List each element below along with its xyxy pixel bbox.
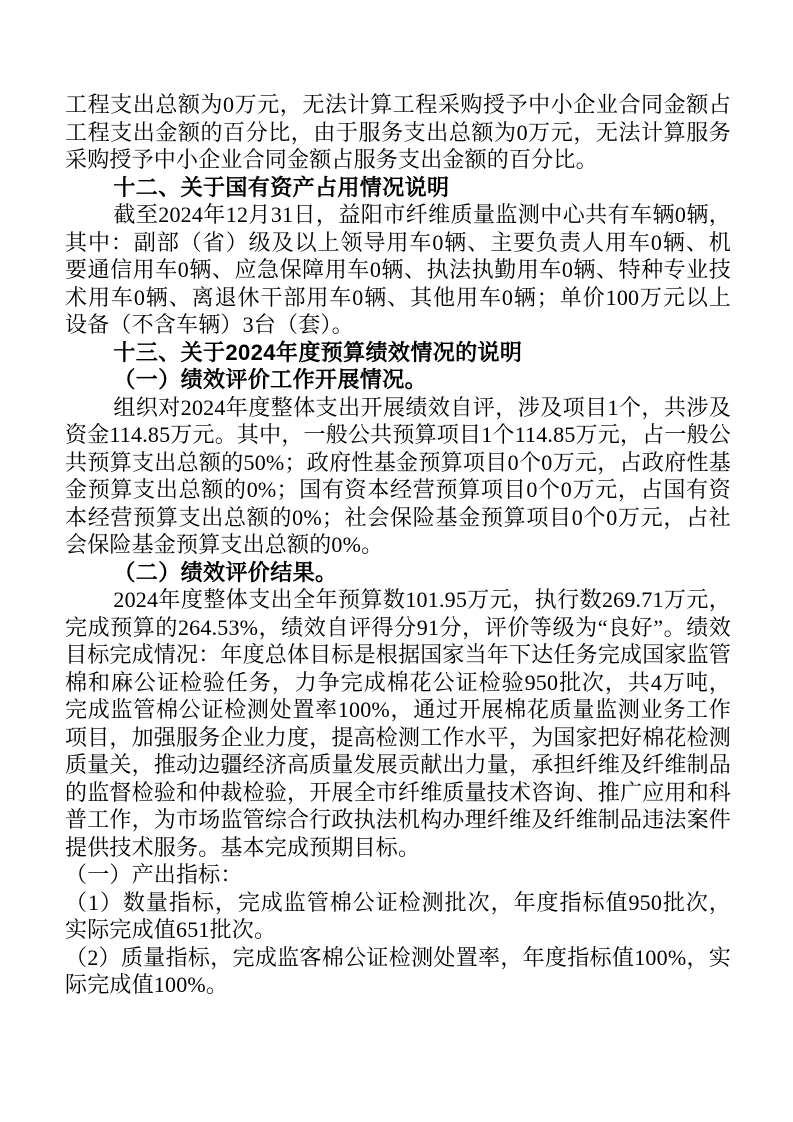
paragraph-performance-self-evaluation: 组织对2024年度整体支出开展绩效自评，涉及项目1个，共涉及资金114.85万元… xyxy=(65,394,731,559)
paragraph-quality-indicator: （2）质量指标，完成监客棉公证检测处置率，年度指标值100%，实际完成值100%… xyxy=(65,944,731,999)
paragraph-performance-result-detail: 2024年度整体支出全年预算数101.95万元，执行数269.71万元，完成预算… xyxy=(65,586,731,861)
document-text-block: 工程支出总额为0万元，无法计算工程采购授予中小企业合同金额占工程支出金额的百分比… xyxy=(65,91,731,999)
paragraph-state-assets-vehicles: 截至2024年12月31日，益阳市纤维质量监测中心共有车辆0辆，其中：副部（省）… xyxy=(65,201,731,339)
paragraph-quantity-indicator: （1）数量指标，完成监管棉公证检测批次，年度指标值950批次，实际完成值651批… xyxy=(65,889,731,944)
heading-section-13-budget-performance: 十三、关于2024年度预算绩效情况的说明 xyxy=(65,339,731,367)
heading-performance-evaluation-work: （一）绩效评价工作开展情况。 xyxy=(65,366,731,394)
heading-performance-evaluation-result: （二）绩效评价结果。 xyxy=(65,559,731,587)
paragraph-procurement-percentage-continuation: 工程支出总额为0万元，无法计算工程采购授予中小企业合同金额占工程支出金额的百分比… xyxy=(65,91,731,174)
document-page: 工程支出总额为0万元，无法计算工程采购授予中小企业合同金额占工程支出金额的百分比… xyxy=(0,0,793,1122)
heading-section-12-state-assets: 十二、关于国有资产占用情况说明 xyxy=(65,174,731,202)
paragraph-output-indicators-label: （一）产出指标： xyxy=(65,861,731,889)
